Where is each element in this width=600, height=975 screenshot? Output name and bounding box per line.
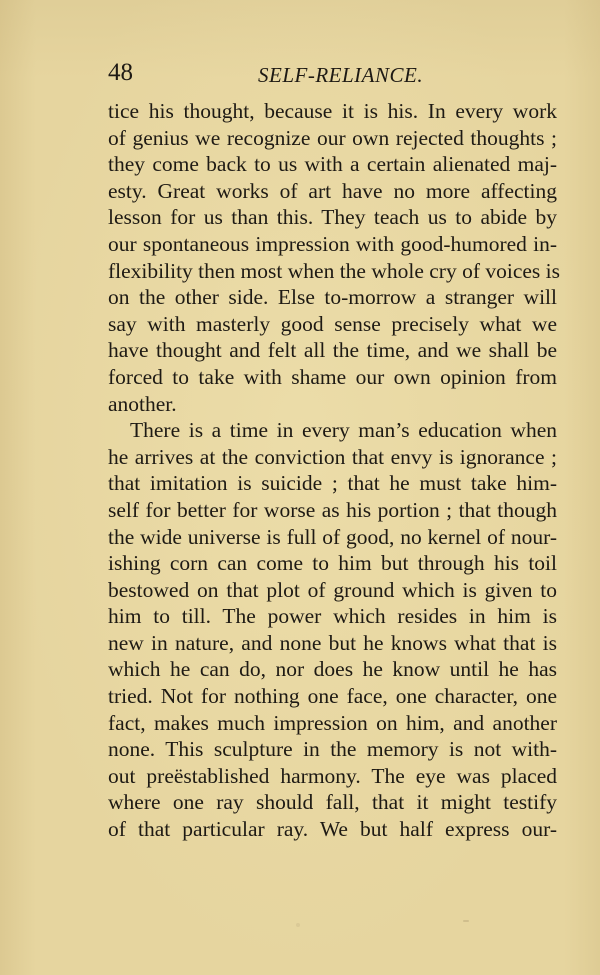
text-line: forced to take with shame our own opinio… bbox=[108, 364, 557, 391]
text-line: the wide universe is full of good, no ke… bbox=[108, 524, 557, 551]
text-line: flexibility then most when the whole cry… bbox=[108, 258, 557, 285]
text-line: tried. Not for nothing one face, one cha… bbox=[108, 683, 557, 710]
text-line-paragraph-end: another. bbox=[108, 391, 557, 418]
paper-speck bbox=[463, 920, 469, 922]
text-line: fact, makes much impression on him, and … bbox=[108, 710, 557, 737]
text-line: esty. Great works of art have no more af… bbox=[108, 178, 557, 205]
text-line: our spontaneous impression with good-hum… bbox=[108, 231, 557, 258]
text-line: ishing corn can come to him but through … bbox=[108, 550, 557, 577]
text-line: none. This sculpture in the memory is no… bbox=[108, 736, 557, 763]
text-line: they come back to us with a certain alie… bbox=[108, 151, 557, 178]
text-line: where one ray should fall, that it might… bbox=[108, 789, 557, 816]
text-line: he arrives at the conviction that envy i… bbox=[108, 444, 557, 471]
text-line: say with masterly good sense precisely w… bbox=[108, 311, 557, 338]
text-line: bestowed on that plot of ground which is… bbox=[108, 577, 557, 604]
book-page: 48 SELF-RELIANCE. tice his thought, beca… bbox=[0, 0, 600, 975]
text-line: self for better for worse as his portion… bbox=[108, 497, 557, 524]
text-line: him to till. The power which resides in … bbox=[108, 603, 557, 630]
text-line: on the other side. Else to-morrow a stra… bbox=[108, 284, 557, 311]
text-line-paragraph-start: There is a time in every man’s education… bbox=[108, 417, 557, 444]
text-line: which he can do, nor does he know until … bbox=[108, 656, 557, 683]
text-line: of that particular ray. We but half expr… bbox=[108, 816, 557, 843]
text-line: out preëstablished harmony. The eye was … bbox=[108, 763, 557, 790]
running-head: 48 SELF-RELIANCE. bbox=[108, 58, 556, 88]
body-text: tice his thought, because it is his. In … bbox=[108, 98, 557, 843]
running-title: SELF-RELIANCE. bbox=[258, 60, 423, 90]
text-line: of genius we recognize our own rejected … bbox=[108, 125, 557, 152]
text-line: that imitation is suicide ; that he must… bbox=[108, 470, 557, 497]
text-line: lesson for us than this. They teach us t… bbox=[108, 204, 557, 231]
paper-speck bbox=[296, 923, 300, 927]
text-line: have thought and felt all the time, and … bbox=[108, 337, 557, 364]
page-number: 48 bbox=[108, 58, 133, 88]
text-line: tice his thought, because it is his. In … bbox=[108, 98, 557, 125]
text-line: new in nature, and none but he knows wha… bbox=[108, 630, 557, 657]
